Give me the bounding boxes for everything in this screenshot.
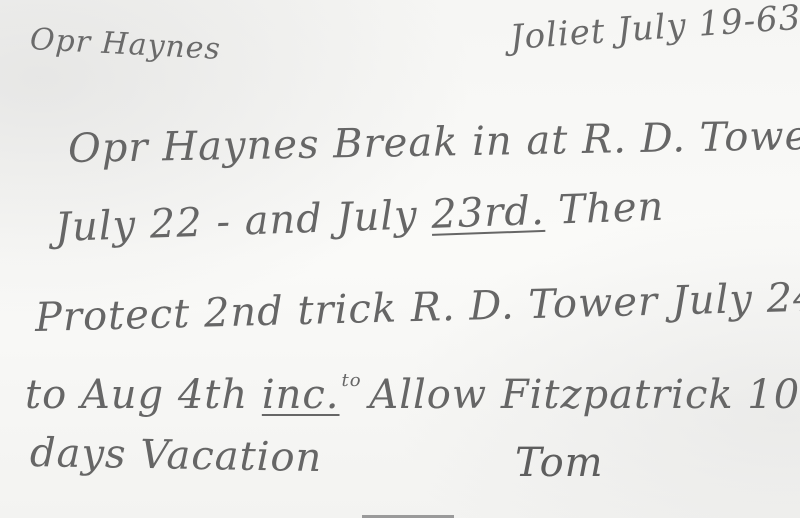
- body-line-4-end: Allow Fitzpatrick 10: [356, 372, 800, 418]
- place-date: Joliet July 19-63: [509, 0, 800, 58]
- body-line-1: Opr Haynes Break in at R. D. Tower: [68, 113, 800, 172]
- underlined-date: 23rd.: [431, 188, 546, 238]
- note-paper: Opr Haynes Joliet July 19-63 Opr Haynes …: [0, 0, 800, 518]
- body-line-5: days Vacation: [30, 430, 323, 481]
- body-line-2-end: Then: [544, 184, 665, 234]
- underlined-inclusive: inc.: [262, 372, 340, 418]
- body-line-4: to Aug 4th inc.to Allow Fitzpatrick 10: [25, 372, 800, 418]
- body-line-2: July 22 - and July 23rd. Then: [54, 184, 665, 251]
- body-line-4-start: to Aug 4th: [25, 372, 262, 418]
- addressee: Opr Haynes: [29, 22, 222, 67]
- body-line-3: Protect 2nd trick R. D. Tower July 24: [34, 274, 800, 341]
- body-line-2-start: July 22 - and July: [54, 192, 432, 251]
- inserted-word: to: [342, 370, 362, 391]
- signature: Tom: [515, 440, 604, 486]
